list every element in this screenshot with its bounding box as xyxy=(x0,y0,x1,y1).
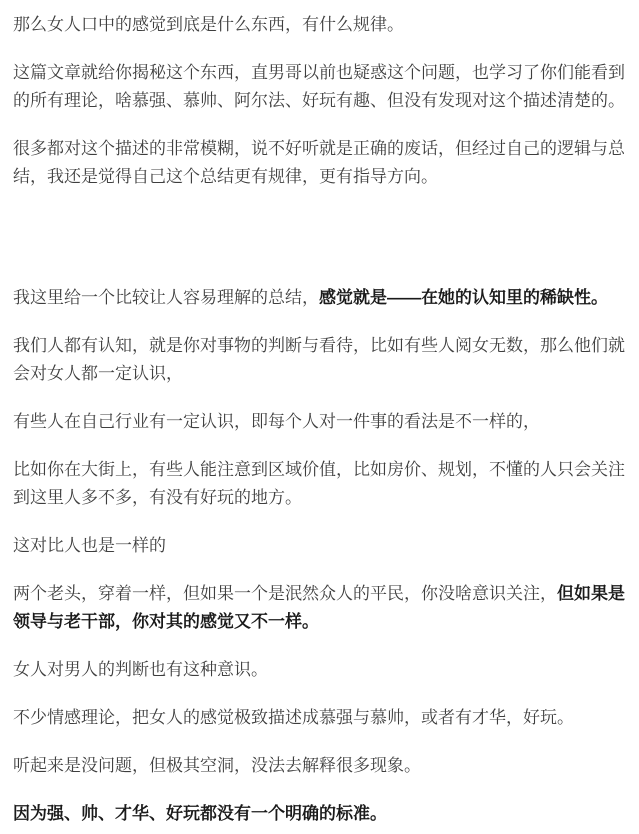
text-segment: 有些人在自己行业有一定认识，即每个人对一件事的看法是不一样的， xyxy=(13,412,540,431)
paragraph: 这篇文章就给你揭秘这个东西，直男哥以前也疑惑这个问题，也学习了你们能看到的所有理… xyxy=(13,59,625,115)
paragraph: 听起来是没问题，但极其空洞，没法去解释很多现象。 xyxy=(13,752,625,780)
text-segment: 两个老头，穿着一样，但如果一个是泯然众人的平民，你没啥意识关注， xyxy=(13,584,557,603)
paragraph: 我们人都有认知，就是你对事物的判断与看待，比如有些人阅女无数，那么他们就会对女人… xyxy=(13,332,625,388)
text-segment: 比如你在大街上，有些人能注意到区域价值，比如房价、规划，不懂的人只会关注到这里人… xyxy=(13,460,625,507)
text-segment: 听起来是没问题，但极其空洞，没法去解释很多现象。 xyxy=(13,756,421,775)
bold-text-segment: 感觉就是——在她的认知里的稀缺性。 xyxy=(319,288,608,307)
paragraph: 因为强、帅、才华、好玩都没有一个明确的标准。 xyxy=(13,800,625,828)
paragraph: 比如你在大街上，有些人能注意到区域价值，比如房价、规划，不懂的人只会关注到这里人… xyxy=(13,456,625,512)
blank-space xyxy=(13,211,625,284)
text-segment: 我们人都有认知，就是你对事物的判断与看待，比如有些人阅女无数，那么他们就会对女人… xyxy=(13,336,625,383)
text-segment: 那么女人口中的感觉到底是什么东西，有什么规律。 xyxy=(13,15,404,34)
text-segment: 这篇文章就给你揭秘这个东西，直男哥以前也疑惑这个问题，也学习了你们能看到的所有理… xyxy=(13,63,625,110)
paragraph: 女人对男人的判断也有这种意识。 xyxy=(13,656,625,684)
paragraph: 我这里给一个比较让人容易理解的总结，感觉就是——在她的认知里的稀缺性。 xyxy=(13,284,625,312)
paragraph: 那么女人口中的感觉到底是什么东西，有什么规律。 xyxy=(13,11,625,39)
text-segment: 这对比人也是一样的 xyxy=(13,536,166,555)
bold-text-segment: 因为强、帅、才华、好玩都没有一个明确的标准。 xyxy=(13,804,387,823)
text-segment: 很多都对这个描述的非常模糊，说不好听就是正确的废话，但经过自己的逻辑与总结，我还… xyxy=(13,139,625,186)
paragraph: 不少情感理论，把女人的感觉极致描述成慕强与慕帅，或者有才华，好玩。 xyxy=(13,704,625,732)
paragraph: 这对比人也是一样的 xyxy=(13,532,625,560)
paragraph: 两个老头，穿着一样，但如果一个是泯然众人的平民，你没啥意识关注，但如果是领导与老… xyxy=(13,580,625,636)
article-body: 那么女人口中的感觉到底是什么东西，有什么规律。这篇文章就给你揭秘这个东西，直男哥… xyxy=(0,0,639,828)
text-segment: 女人对男人的判断也有这种意识。 xyxy=(13,660,268,679)
text-segment: 不少情感理论，把女人的感觉极致描述成慕强与慕帅，或者有才华，好玩。 xyxy=(13,708,574,727)
text-segment: 我这里给一个比较让人容易理解的总结， xyxy=(13,288,319,307)
paragraph: 有些人在自己行业有一定认识，即每个人对一件事的看法是不一样的， xyxy=(13,408,625,436)
paragraph: 很多都对这个描述的非常模糊，说不好听就是正确的废话，但经过自己的逻辑与总结，我还… xyxy=(13,135,625,191)
